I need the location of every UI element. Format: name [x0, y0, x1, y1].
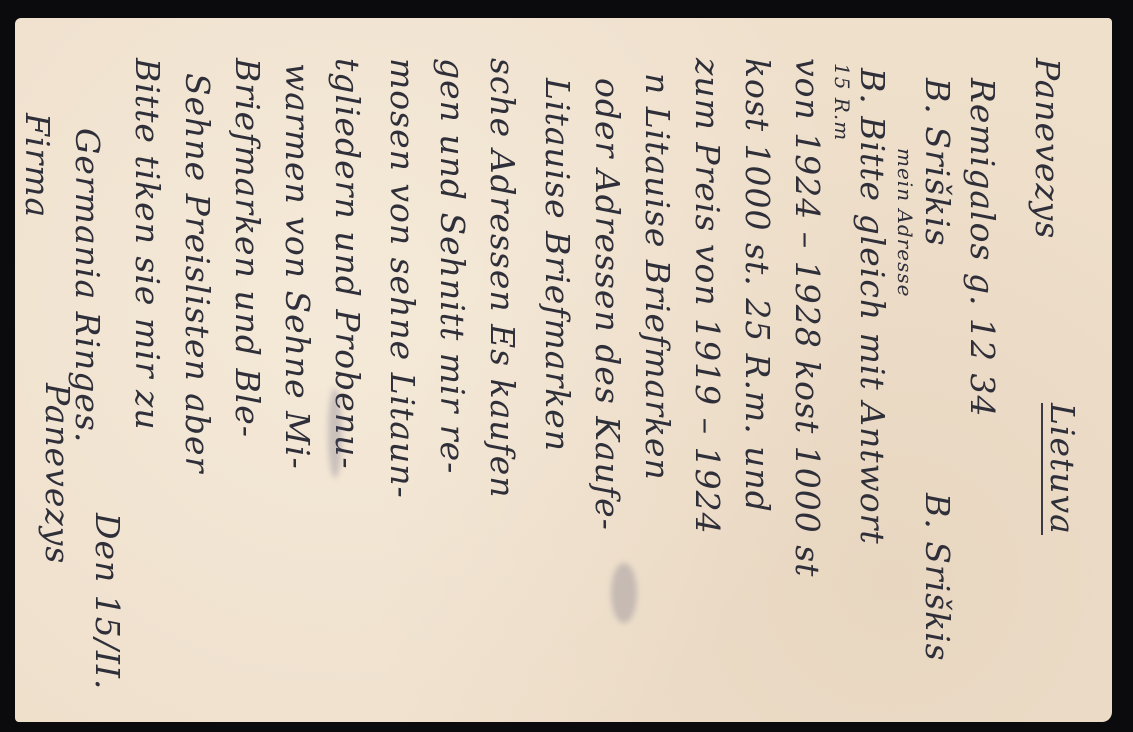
body-line: oder Adressen des Kaufe-: [588, 78, 627, 531]
addressee-name: Germania Ringes.: [68, 128, 107, 443]
sender-name-repeat: B. Sriškis: [918, 493, 957, 662]
ink-smudge: [328, 388, 342, 478]
closing-request-sub: mein Adresse: [893, 148, 917, 297]
body-line: von 1924 – 1928 kost 1000 st: [788, 58, 827, 577]
body-line: kost 1000 st. 25 R.m. und: [738, 58, 777, 513]
body-line: warmen von Sehne Mi-: [278, 63, 317, 470]
ink-smudge: [611, 563, 637, 623]
body-line: Briefmarken und Ble-: [228, 58, 267, 438]
sender-country: Lietuva: [1041, 403, 1082, 535]
body-line: zum Preis von 1919 – 1924: [688, 58, 727, 535]
closing-request: B. Bitte gleich mit Antwort: [853, 68, 892, 545]
body-line: n Litauise Briefmarken: [638, 73, 677, 481]
body-line: gen und Sehnitt mir re-: [433, 58, 472, 474]
sender-name: B. Sriškis: [918, 78, 957, 247]
body-line: mosen von sehne Litaun-: [383, 58, 422, 499]
body-line: sche Adressen Es kaufen: [483, 58, 522, 499]
price-note: 15 R.m: [830, 63, 854, 141]
handwritten-message: Firma Panevezys Germania Ringes. Den 15/…: [15, 18, 1112, 722]
body-line: Litauise Briefmarken: [538, 78, 577, 452]
sender-street: Remigalos g. 12 34: [963, 78, 1002, 417]
addressee-firma: Firma: [18, 113, 57, 218]
postcard: Firma Panevezys Germania Ringes. Den 15/…: [15, 18, 1112, 722]
body-line: Sehne Preislisten aber: [178, 73, 217, 473]
body-line: Bitte tiken sie mir zu: [128, 58, 167, 431]
sender-city: Panevezys: [1028, 58, 1067, 239]
letter-date: Den 15/II.: [88, 513, 127, 690]
